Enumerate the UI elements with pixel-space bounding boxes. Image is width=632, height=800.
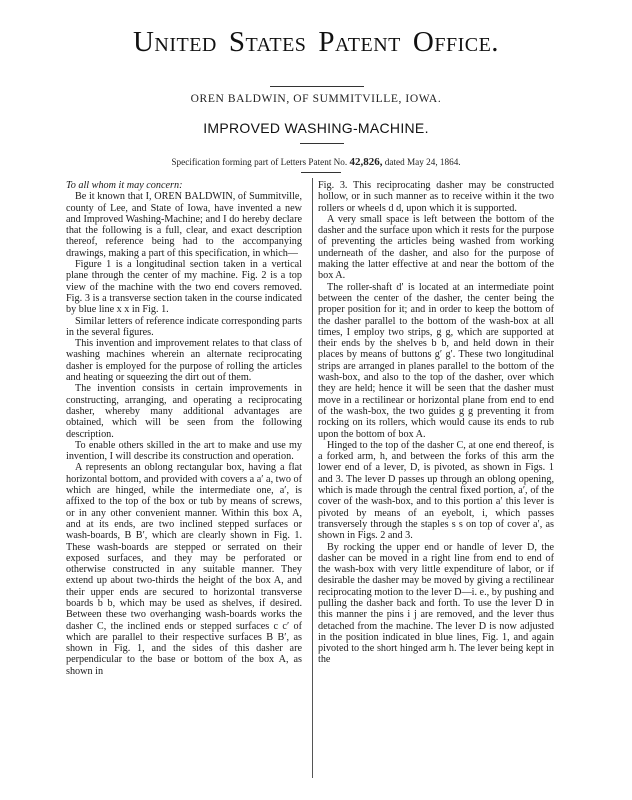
invention-title: IMPROVED WASHING-MACHINE. (0, 120, 632, 136)
paragraph: Fig. 3. This reciprocating dasher may be… (318, 180, 554, 214)
specification-line: Specification forming part of Letters Pa… (0, 156, 632, 168)
paragraph: To enable others skilled in the art to m… (66, 440, 302, 463)
paragraph: Figure 1 is a longitudinal section taken… (66, 259, 302, 315)
title-word: Office. (413, 26, 499, 58)
title-divider (270, 86, 364, 87)
title-word: Patent (318, 26, 400, 58)
column-divider (312, 178, 313, 778)
inventor-line: OREN BALDWIN, OF SUMMITVILLE, IOWA. (0, 93, 632, 105)
title-word: States (229, 26, 307, 58)
paragraph: This invention and improvement relates t… (66, 338, 302, 383)
paragraph: Similar letters of reference indicate co… (66, 316, 302, 339)
title-word: United (133, 26, 217, 58)
paragraph: Hinged to the top of the dasher C, at on… (318, 440, 554, 542)
invention-divider (300, 143, 344, 144)
spec-date: dated May 24, 1864. (385, 157, 461, 167)
paragraph: By rocking the upper end or handle of le… (318, 542, 554, 666)
paragraph: A represents an oblong rectangular box, … (66, 462, 302, 677)
right-column: Fig. 3. This reciprocating dasher may be… (318, 180, 554, 666)
spec-divider (301, 172, 341, 173)
left-column: To all whom it may concern: Be it known … (66, 180, 302, 677)
paragraph: The invention consists in certain improv… (66, 383, 302, 439)
paragraph: The roller-shaft d′ is located at an int… (318, 282, 554, 440)
office-title: UnitedStatesPatentOffice. (0, 26, 632, 59)
paragraph: A very small space is left between the b… (318, 214, 554, 282)
patent-number: 42,826, (350, 156, 383, 168)
paragraph: Be it known that I, OREN BALDWIN, of Sum… (66, 191, 302, 259)
salutation: To all whom it may concern: (66, 180, 302, 191)
spec-prefix: Specification forming part of Letters Pa… (171, 157, 347, 167)
